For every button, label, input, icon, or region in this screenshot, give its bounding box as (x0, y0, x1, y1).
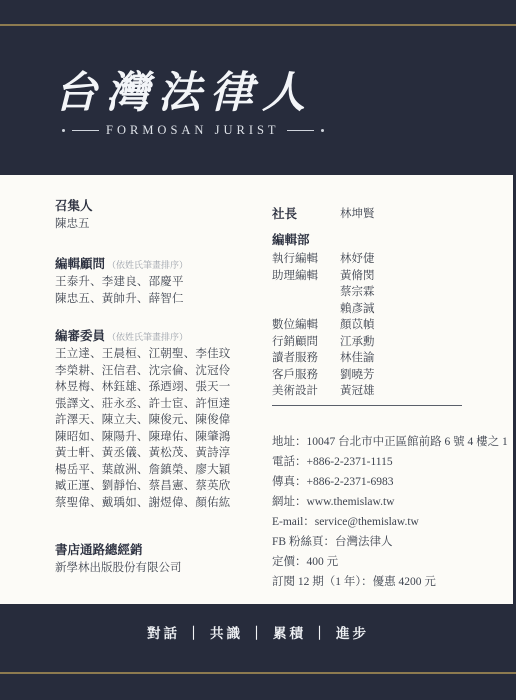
staff-name: 賴彥誠 (340, 301, 375, 318)
staff-role: 客戶服務 (272, 367, 340, 384)
right-column: 社長 林坤賢 編輯部 執行編輯 林妤倢 助理編輯 黃脩閔 蔡宗霖 賴彥誠 數位編 (272, 205, 506, 592)
logo-title: 台灣法律人 (54, 70, 324, 117)
logo-subtitle: FORMOSAN JURIST (106, 123, 280, 138)
magazine-colophon-page: 台灣法律人 FORMOSAN JURIST 召集人 陳忠五 編輯顧問（依姓氏筆畫… (0, 0, 516, 700)
section-editorial-advisors: 編輯顧問（依姓氏筆畫排序） 王泰升、李建良、邵慶平 陳忠五、黃帥升、薛智仁 (55, 255, 267, 307)
footer-tagline: 對話 ｜ 共識 ｜ 累積 ｜ 進步 (0, 622, 516, 642)
advisors-label: 編輯顧問 (55, 257, 105, 271)
advisors-sort-note: （依姓氏筆畫排序） (107, 260, 188, 270)
staff-name: 江承勳 (340, 334, 375, 351)
staff-row: 美術設計 黃冠雄 (272, 383, 506, 400)
editorial-dept-label: 編輯部 (272, 231, 506, 249)
contact-email: E-mail：service@themislaw.tw (272, 512, 506, 532)
committee-row: 李榮耕、汪信君、沈宗倫、沈冠伶 (55, 363, 267, 380)
section-convener: 召集人 陳忠五 (55, 197, 267, 233)
advisors-label-row: 編輯顧問（依姓氏筆畫排序） (55, 255, 267, 274)
convener-name: 陳忠五 (55, 215, 267, 233)
subscription-line: 訂閱 12 期（1 年）：優惠 4200 元 (272, 572, 506, 592)
contact-website: 網址：www.themislaw.tw (272, 492, 506, 512)
staff-name: 顏苡幀 (340, 317, 375, 334)
staff-row: 執行編輯 林妤倢 (272, 251, 506, 268)
logo-ornament-line-right (287, 130, 314, 131)
committee-label: 編審委員 (55, 329, 105, 343)
staff-name: 黃冠雄 (340, 383, 375, 400)
distributor-name: 新學林出版股份有限公司 (55, 559, 267, 577)
staff-row: 客戶服務 劉曉芳 (272, 367, 506, 384)
magazine-logo: 台灣法律人 FORMOSAN JURIST (54, 70, 324, 138)
staff-role: 讀者服務 (272, 350, 340, 367)
staff-name: 蔡宗霖 (340, 284, 375, 301)
staff-role: 執行編輯 (272, 251, 340, 268)
president-label: 社長 (272, 205, 340, 223)
staff-name: 劉曉芳 (340, 367, 375, 384)
committee-row: 林昱梅、林鈺雄、孫迺翊、張天一 (55, 379, 267, 396)
staff-role: 數位編輯 (272, 317, 340, 334)
divider-rule (272, 405, 462, 406)
left-column: 召集人 陳忠五 編輯顧問（依姓氏筆畫排序） 王泰升、李建良、邵慶平 陳忠五、黃帥… (55, 197, 267, 577)
staff-row: 蔡宗霖 (272, 284, 506, 301)
content-panel: 召集人 陳忠五 編輯顧問（依姓氏筆畫排序） 王泰升、李建良、邵慶平 陳忠五、黃帥… (0, 175, 513, 604)
price-line: 定價：400 元 (272, 552, 506, 572)
committee-row: 臧正運、劉靜怡、蔡昌憲、蔡英欣 (55, 478, 267, 495)
advisors-row: 王泰升、李建良、邵慶平 (55, 274, 267, 291)
staff-role (272, 301, 340, 318)
contact-facebook: FB 粉絲頁：台灣法律人 (272, 532, 506, 552)
committee-row: 張譯文、莊永丞、許士宦、許恒達 (55, 396, 267, 413)
top-gold-rule (0, 24, 516, 26)
logo-ornament-dot-left (62, 129, 65, 132)
staff-name: 黃脩閔 (340, 268, 375, 285)
committee-row: 黃士軒、黃丞儀、黃松茂、黃詩淳 (55, 445, 267, 462)
staff-row: 助理編輯 黃脩閔 (272, 268, 506, 285)
committee-row: 王立達、王晨桓、江朝聖、李佳玟 (55, 346, 267, 363)
staff-name: 林妤倢 (340, 251, 375, 268)
contact-address: 地址：10047 台北市中正區館前路 6 號 4 樓之 1 (272, 432, 506, 452)
logo-subtitle-row: FORMOSAN JURIST (62, 123, 324, 138)
staff-name: 林佳諭 (340, 350, 375, 367)
staff-row: 行銷顧問 江承勳 (272, 334, 506, 351)
committee-sort-note: （依姓氏筆畫排序） (107, 332, 188, 342)
section-distributor: 書店通路總經銷 新學林出版股份有限公司 (55, 541, 267, 577)
staff-role: 行銷顧問 (272, 334, 340, 351)
staff-row: 讀者服務 林佳諭 (272, 350, 506, 367)
contact-phone: 電話：+886-2-2371-1115 (272, 452, 506, 472)
president-row: 社長 林坤賢 (272, 205, 506, 223)
logo-ornament-line-left (72, 130, 99, 131)
logo-ornament-dot-right (321, 129, 324, 132)
contact-fax: 傳真：+886-2-2371-6983 (272, 472, 506, 492)
contact-block: 地址：10047 台北市中正區館前路 6 號 4 樓之 1 電話：+886-2-… (272, 432, 506, 592)
convener-label: 召集人 (55, 197, 267, 215)
advisors-row: 陳忠五、黃帥升、薛智仁 (55, 291, 267, 308)
committee-row: 蔡聖偉、戴瑀如、謝煜偉、顏佑紘 (55, 495, 267, 512)
distributor-label: 書店通路總經銷 (55, 541, 267, 559)
committee-row: 陳昭如、陳陽升、陳瑋佑、陳肇鴻 (55, 429, 267, 446)
staff-role (272, 284, 340, 301)
bottom-gold-rule (0, 672, 516, 674)
president-name: 林坤賢 (340, 205, 375, 223)
committee-row: 楊岳平、葉啟洲、詹鎮榮、廖大穎 (55, 462, 267, 479)
staff-role: 助理編輯 (272, 268, 340, 285)
staff-row: 數位編輯 顏苡幀 (272, 317, 506, 334)
staff-row: 賴彥誠 (272, 301, 506, 318)
committee-label-row: 編審委員（依姓氏筆畫排序） (55, 327, 267, 346)
section-review-committee: 編審委員（依姓氏筆畫排序） 王立達、王晨桓、江朝聖、李佳玟 李榮耕、汪信君、沈宗… (55, 327, 267, 511)
staff-role: 美術設計 (272, 383, 340, 400)
committee-row: 許澤天、陳立夫、陳俊元、陳俊偉 (55, 412, 267, 429)
